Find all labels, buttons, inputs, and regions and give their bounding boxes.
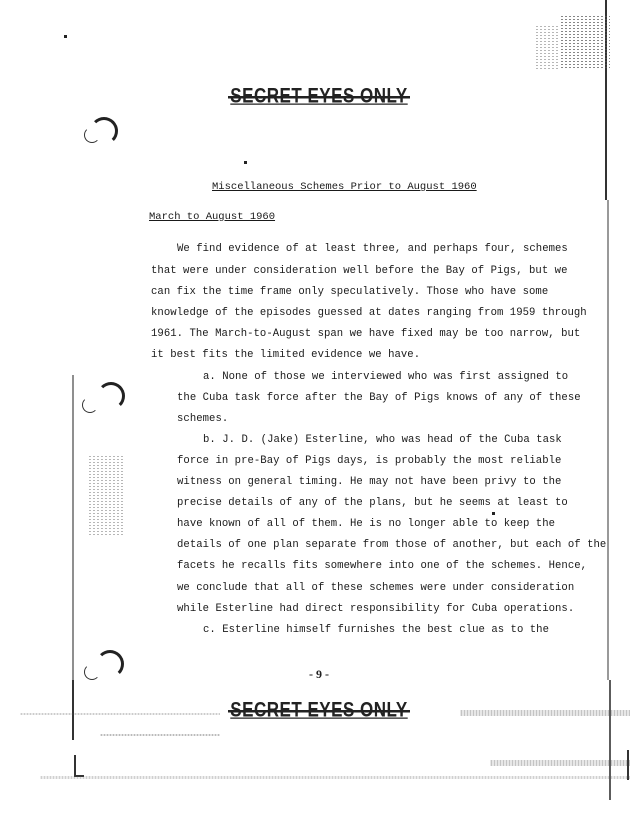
scan-noise	[490, 760, 630, 766]
right-edge-line	[607, 200, 609, 680]
scan-speck	[64, 35, 67, 38]
list-item-b-line: b. J. D. (Jake) Esterline, who was head …	[203, 434, 562, 446]
list-item-b-line: facets he recalls fits somewhere into on…	[177, 560, 587, 572]
list-item-b-line: force in pre-Bay of Pigs days, is probab…	[177, 455, 561, 467]
list-item-b-line: precise details of any of the plans, but…	[177, 497, 568, 509]
list-item-b-line: while Esterline had direct responsibilit…	[177, 603, 574, 615]
classification-text: SECRET EYES ONLY	[230, 84, 407, 109]
list-item-a-line: a. None of those we interviewed who was …	[203, 371, 568, 383]
punch-hole-mark-icon	[97, 382, 125, 410]
paragraph-line: that were under consideration well befor…	[151, 265, 567, 277]
left-edge-line	[74, 755, 76, 777]
classification-text: SECRET EYES ONLY	[230, 698, 407, 723]
scan-noise	[100, 734, 220, 736]
punch-hole-mark-icon	[82, 397, 98, 413]
list-item-c-line: c. Esterline himself furnishes the best …	[203, 624, 549, 636]
scan-speck	[492, 512, 495, 515]
classification-banner-bottom: SECRET EYES ONLY	[0, 698, 638, 723]
list-item-b-line: witness on general timing. He may not ha…	[177, 476, 561, 488]
scan-noise	[88, 455, 123, 535]
subsection-title: March to August 1960	[149, 211, 275, 223]
punch-hole-mark-icon	[84, 127, 100, 143]
document-page: SECRET EYES ONLY Miscellaneous Schemes P…	[0, 0, 638, 824]
list-item-b-line: have known of all of them. He is no long…	[177, 518, 555, 530]
list-item-b-line: details of one plan separate from those …	[177, 539, 606, 551]
list-item-a-line: the Cuba task force after the Bay of Pig…	[177, 392, 581, 404]
list-item-b-line: we conclude that all of these schemes we…	[177, 582, 574, 594]
classification-banner-top: SECRET EYES ONLY	[0, 84, 638, 109]
list-item-a-line: schemes.	[177, 413, 228, 425]
left-edge-line	[72, 375, 74, 685]
section-title: Miscellaneous Schemes Prior to August 19…	[212, 181, 477, 193]
paragraph-line: can fix the time frame only speculativel…	[151, 286, 548, 298]
paragraph-line: We find evidence of at least three, and …	[177, 243, 568, 255]
page-number: - 9 -	[0, 667, 638, 682]
scan-noise	[560, 15, 610, 70]
scan-noise	[40, 776, 630, 779]
scan-noise	[535, 25, 560, 70]
paragraph-line: 1961. The March-to-August span we have f…	[151, 328, 580, 340]
paragraph-line: it best fits the limited evidence we hav…	[151, 349, 420, 361]
paragraph-line: knowledge of the episodes guessed at dat…	[151, 307, 587, 319]
scan-speck	[244, 161, 247, 164]
